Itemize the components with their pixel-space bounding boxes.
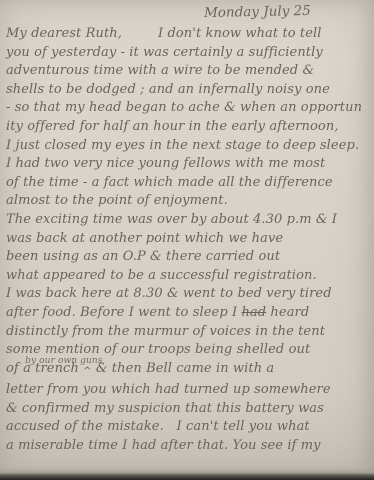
insertion-anchor: by our own guns^ <box>83 360 91 382</box>
letter-line-15: I was back here at 8.30 & went to bed ve… <box>6 285 370 304</box>
letter-text: & then Bell came in with a <box>92 361 275 376</box>
letter-line-6: ity offered for half an hour in the earl… <box>6 118 370 137</box>
paper: Monday July 25 My dearest Ruth,I don't k… <box>0 0 374 480</box>
letter-line-4: shells to be dodged ; and an infernally … <box>6 81 370 100</box>
letter-line-8: I had two very nice young fellows with m… <box>6 155 370 174</box>
salutation: My dearest Ruth, <box>6 26 122 41</box>
letter-line-19: of a trench by our own guns^ & then Bell… <box>6 360 370 382</box>
letter-line-21: & confirmed my suspicion that this batte… <box>6 400 370 419</box>
letter-line-14: what appeared to be a successful registr… <box>6 267 370 286</box>
letter-body: My dearest Ruth,I don't know what to tel… <box>6 25 370 456</box>
letter-date: Monday July 25 <box>204 3 311 21</box>
letter-line-5: - so that my head began to ache & when a… <box>6 99 370 118</box>
letter-line-16: after food. Before I went to sleep I had… <box>6 304 370 323</box>
letter-line-1: My dearest Ruth,I don't know what to tel… <box>6 25 370 44</box>
paper-bottom-edge <box>0 469 374 480</box>
letter-line-22: accused of the mistake. I can't tell you… <box>6 418 370 437</box>
letter-line-3: adventurous time with a wire to be mende… <box>6 62 370 81</box>
letter-line-9: of the time - a fact which made all the … <box>6 174 370 193</box>
letter-line-10: almost to the point of enjoyment. <box>6 192 370 211</box>
letter-line-11: The exciting time was over by about 4.30… <box>6 211 370 230</box>
letter-text: heard <box>266 305 309 320</box>
letter-line-17: distinctly from the murmur of voices in … <box>6 323 370 342</box>
letter-text: after food. Before I went to sleep I <box>6 305 241 320</box>
letter-line-7: I just closed my eyes in the next stage … <box>6 137 370 156</box>
struck-word: had <box>241 305 266 320</box>
letter-line-23: a miserable time I had after that. You s… <box>6 437 370 456</box>
letter-text: I don't know what to tell <box>158 26 322 41</box>
letter-line-13: been using as an O.P & there carried out <box>6 248 370 267</box>
letter-line-20: letter from you which had turned up some… <box>6 381 370 400</box>
letter-line-12: was back at another point which we have <box>6 230 370 249</box>
letter-line-2: you of yesterday - it was certainly a su… <box>6 44 370 63</box>
interlinear-insertion: by our own guns <box>25 352 102 371</box>
